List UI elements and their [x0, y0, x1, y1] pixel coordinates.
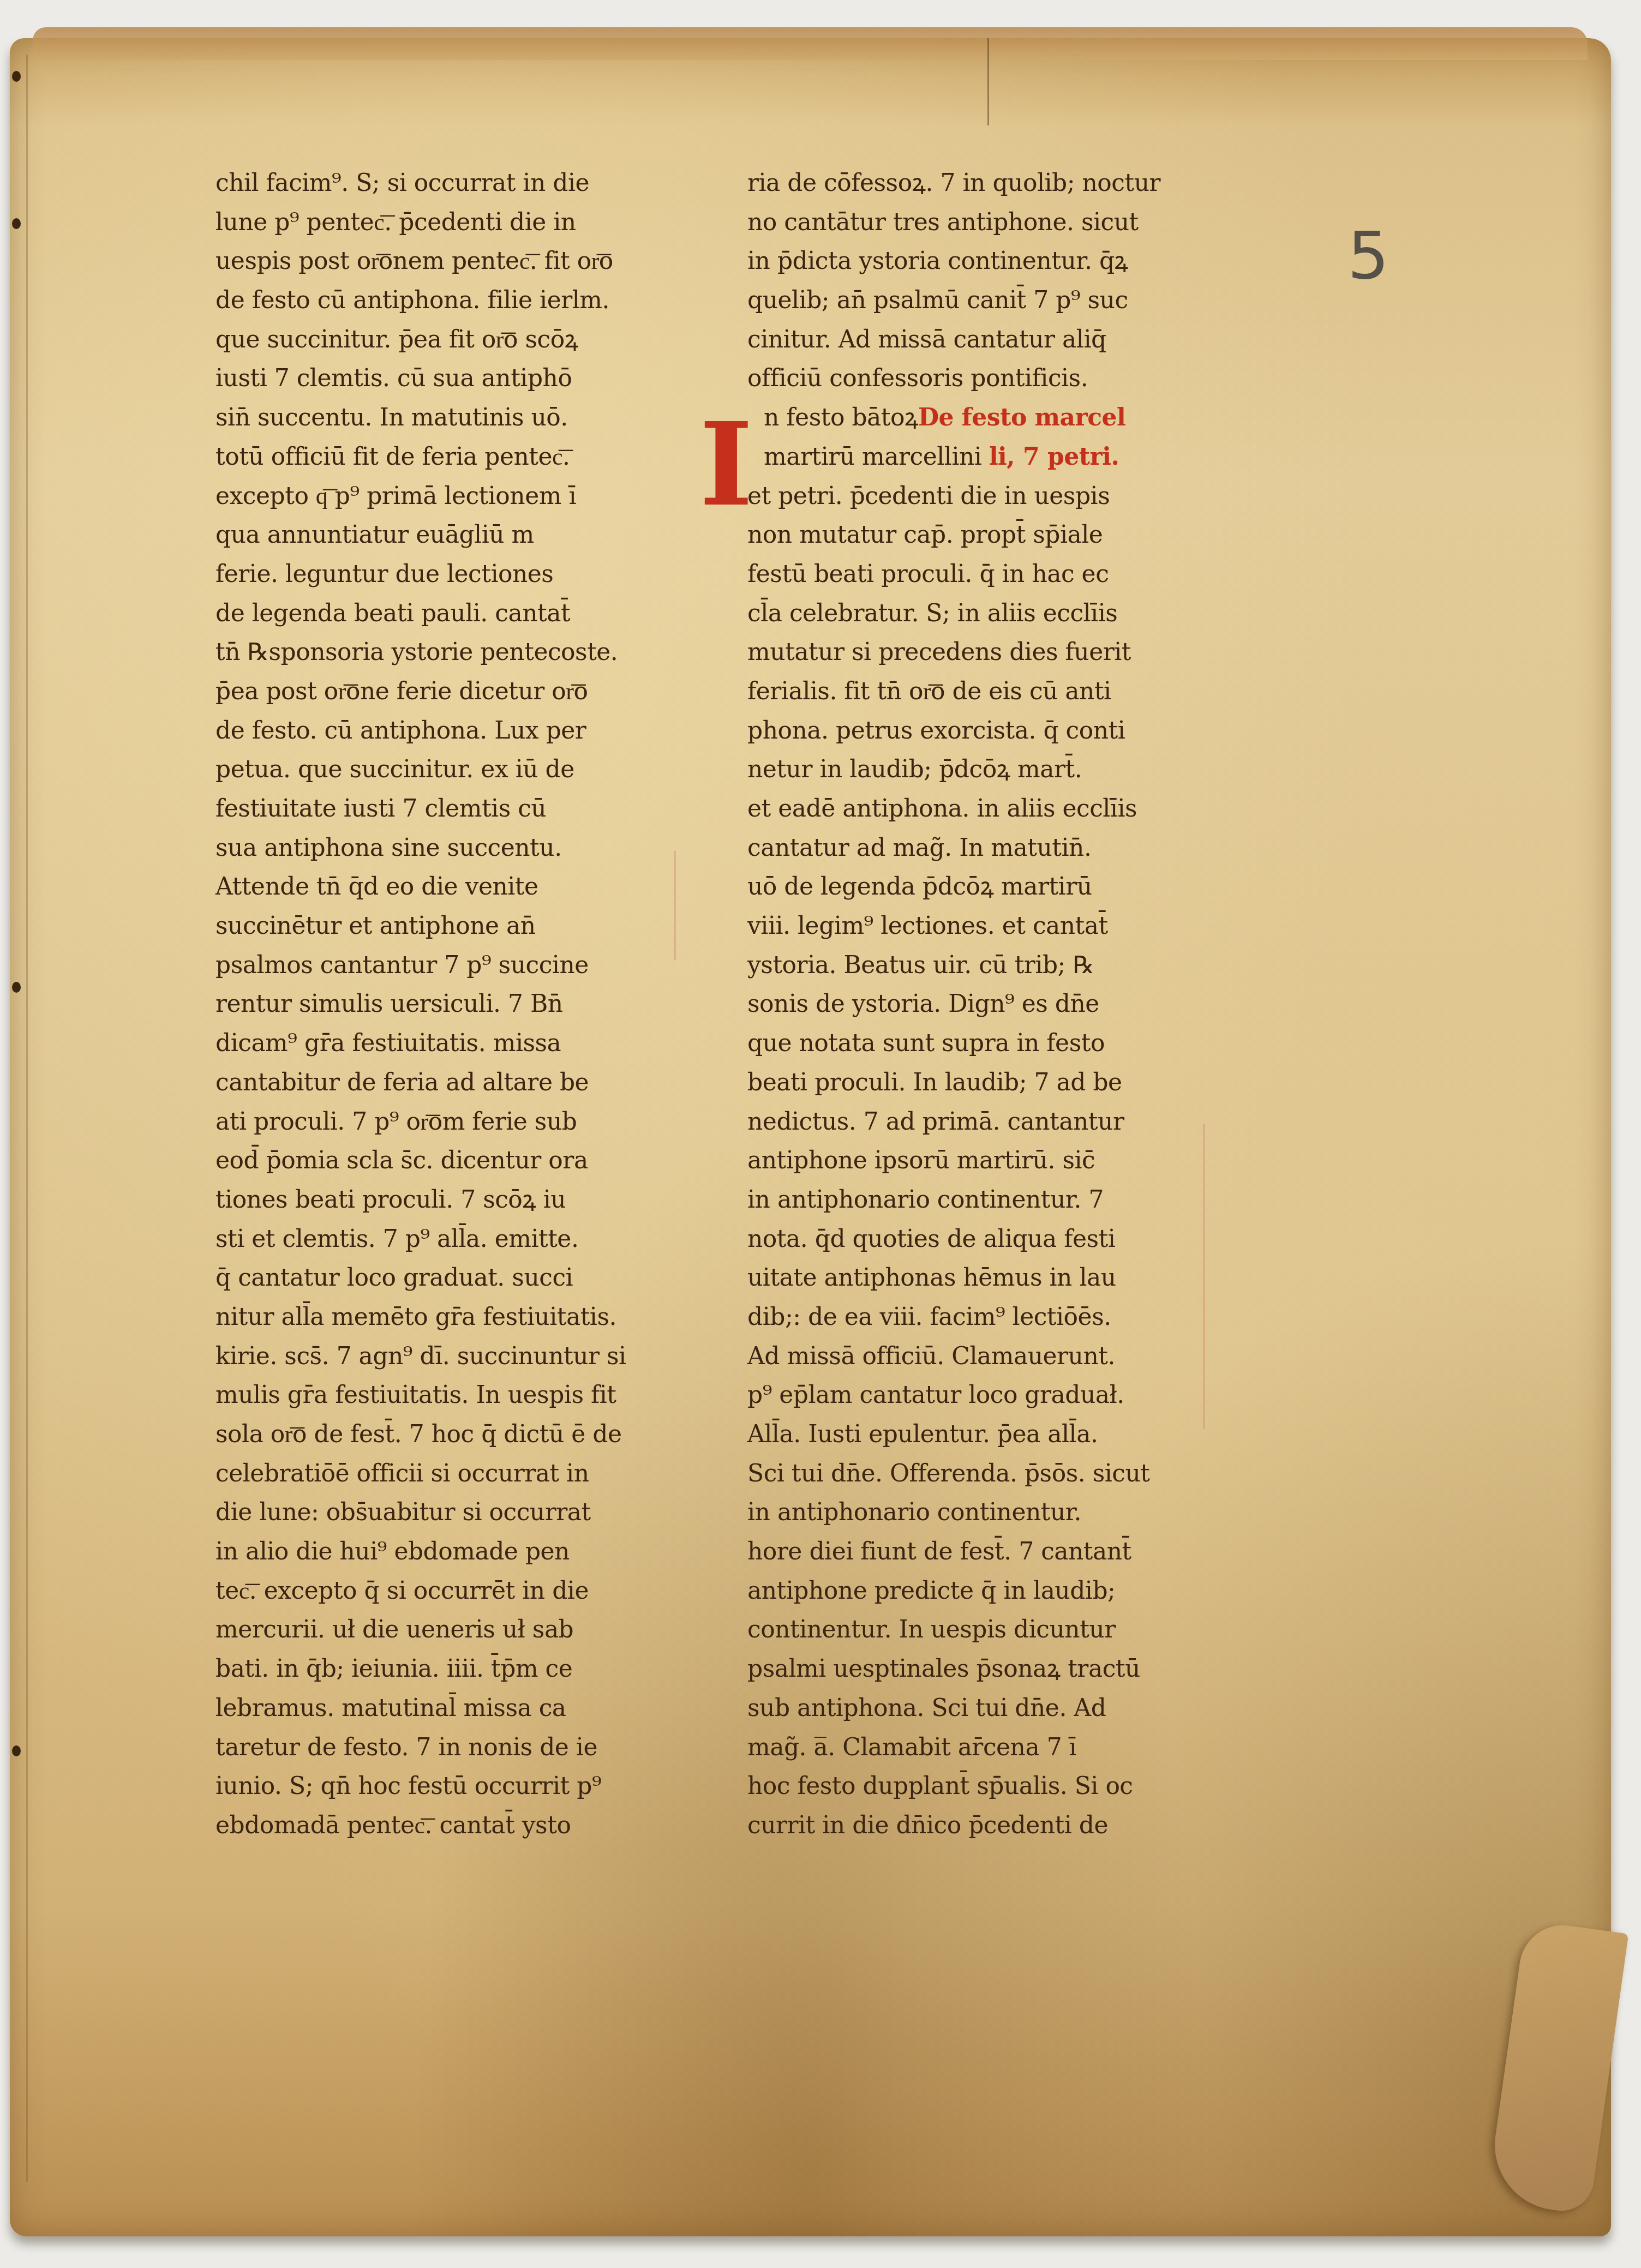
text-line: uitate antiphonas hēmus in lau [747, 1258, 1227, 1298]
text-line: bati. in q̄b; ieiunia. iiii. t̄p̄m ce [215, 1649, 696, 1689]
text-line: no cantātur tres antiphone. sicut [747, 203, 1227, 242]
text-line: Ad missā officiū. Clamauerunt. [747, 1337, 1227, 1376]
text-line: in alio die hui⁹ ebdomade pen [215, 1532, 696, 1571]
text-line: chil facim⁹. S; si occurrat in die [215, 164, 696, 203]
text-line: ati proculi. 7 p⁹ or͞om ferie sub [215, 1102, 696, 1142]
text-line: phona. petrus exorcista. q̄ conti [747, 711, 1227, 751]
text-line: cl̄a celebratur. S; in aliis ecclīis [747, 594, 1227, 633]
text-line: que succinitur. p̄ea fit or͞o scōꝝ [215, 320, 696, 359]
text-line: p̄ea post or͞one ferie dicetur or͞o [215, 672, 696, 711]
text-line: ria de cōfessoꝝ. 7 in quolib; noctur [747, 164, 1227, 203]
text-line: succinētur et antiphone an̄ [215, 907, 696, 946]
text-line: mulis gr̄a festiuitatis. In uespis fit [215, 1376, 696, 1415]
text-line: ystoria. Beatus uir. cū trib; ℞ [747, 946, 1227, 985]
vertical-crease [987, 38, 989, 125]
text-line: dib;: de ea viii. facim⁹ lectiōēs. [747, 1298, 1227, 1337]
rubric-heading: De festo marcel [918, 404, 1125, 431]
binding-hole [12, 1745, 21, 1756]
text-line: nedictus. 7 ad primā. cantantur [747, 1102, 1227, 1142]
text-line: sub antiphona. Sci tui dn̄e. Ad [747, 1689, 1227, 1728]
text-line: All̄a. Iusti epulentur. p̄ea all̄a. [747, 1415, 1227, 1454]
text-line: sola or͞o de fest̄. 7 hoc q̄ dictū ē de [215, 1415, 696, 1454]
text-line: sti et clemtis. 7 p⁹ all̄a. emitte. [215, 1220, 696, 1259]
rubric-line-2: martirū marcellini li, 7 petri. [747, 437, 1227, 477]
text-line: tiones beati proculi. 7 scōꝝ iu [215, 1180, 696, 1220]
text-line: mutatur si precedens dies fuerit [747, 633, 1227, 672]
text-line: lune p⁹ pentec͞. p̄cedenti die in [215, 203, 696, 242]
text-line: sonis de ystoria. Dign⁹ es dn̄e [747, 985, 1227, 1024]
text-line: n festo bātoꝝ [747, 404, 918, 431]
text-line: viii. legim⁹ lectiones. et cantat̄ [747, 907, 1227, 946]
text-line: de festo. cū antiphona. Lux per [215, 711, 696, 751]
text-line: nitur all̄a memēto gr̄a festiuitatis. [215, 1298, 696, 1337]
text-line: Attende tn̄ q̄d eo die venite [215, 867, 696, 907]
text-line: die lune: obs̄uabitur si occurrat [215, 1493, 696, 1532]
binding-hole [12, 218, 21, 229]
text-line: beati proculi. In laudib; 7 ad be [747, 1063, 1227, 1102]
text-line: iunio. S; qn̄ hoc festū occurrit p⁹ [215, 1767, 696, 1806]
text-line: que notata sunt supra in festo [747, 1024, 1227, 1063]
text-line: currit in die dn̄ico p̄cedenti de [747, 1806, 1227, 1845]
text-line: celebratiōē officii si occurrat in [215, 1454, 696, 1493]
text-line: iusti 7 clemtis. cū sua antiphō [215, 359, 696, 398]
text-line: q̄ cantatur loco graduat. succi [215, 1258, 696, 1298]
text-line: festū beati proculi. q̄ in hac ec [747, 555, 1227, 594]
binding-stitch-margin [4, 55, 28, 2182]
text-line: continentur. In uespis dicuntur [747, 1610, 1227, 1649]
text-line: hoc festo dupplant̄ sp̄ualis. Si oc [747, 1767, 1227, 1806]
text-line: uō de legenda p̄dcōꝝ martirū [747, 867, 1227, 907]
text-line: ferialis. fit tn̄ or͞o de eis cū anti [747, 672, 1227, 711]
text-line: eod̄ p̄omia scla s̄c. dicentur ora [215, 1141, 696, 1180]
text-line: mag̃. a̅. Clamabit ar̄cena 7 ī [747, 1728, 1227, 1767]
rubric-line-1: n festo bātoꝝDe festo marcel [747, 398, 1227, 437]
text-line: ebdomadā pentec͞. cantat̄ ysto [215, 1806, 696, 1845]
text-line: non mutatur cap̄. propt̄ sp̄iale [747, 515, 1227, 555]
text-line: psalmi uesptinales p̄sonaꝝ tractū [747, 1649, 1227, 1689]
text-line: ferie. leguntur due lectiones [215, 555, 696, 594]
leaf-top-edge [33, 27, 1588, 60]
text-line: dicam⁹ gr̄a festiuitatis. missa [215, 1024, 696, 1063]
text-line: officiū confessoris pontificis. [747, 359, 1227, 398]
text-line: cinitur. Ad missā cantatur aliq̄ [747, 320, 1227, 359]
decorated-initial: I [699, 410, 753, 519]
text-line: quelib; an̄ psalmū canit̄ 7 p⁹ suc [747, 281, 1227, 320]
text-line: psalmos cantantur 7 p⁹ succine [215, 946, 696, 985]
text-line: lebramus. matutinal̄ missa ca [215, 1689, 696, 1728]
text-line: tec͞. excepto q̄ si occurrēt in die [215, 1571, 696, 1611]
text-line: uespis post or͞onem pentec͞. fit or͞o [215, 242, 696, 281]
text-line: sua antiphona sine succentu. [215, 829, 696, 868]
text-line: mercurii. uł die ueneris uł sab [215, 1610, 696, 1649]
text-line: petua. que succinitur. ex iū de [215, 750, 696, 789]
text-line: in p̄dicta ystoria continentur. q̄ꝝ [747, 242, 1227, 281]
text-line: kirie. scs̄. 7 agn⁹ dī. succinuntur si [215, 1337, 696, 1376]
text-line: cantatur ad mag̃. In matutin̄. [747, 829, 1227, 868]
text-line: totū officiū fit de feria pentec͞. [215, 437, 696, 477]
text-line: Sci tui dn̄e. Offerenda. p̄sōs. sicut [747, 1454, 1227, 1493]
text-line: antiphone predicte q̄ in laudib; [747, 1571, 1227, 1611]
text-line: de festo cū antiphona. filie ierlm. [215, 281, 696, 320]
text-line: p⁹ ep̄lam cantatur loco graduał. [747, 1376, 1227, 1415]
folio-number: 5 [1347, 218, 1389, 294]
text-line: excepto q͞ p⁹ primā lectionem ī [215, 477, 696, 516]
text-line: tn̄ ℞sponsoria ystorie pentecoste. [215, 633, 696, 672]
right-text-column: ria de cōfessoꝝ. 7 in quolib; nocturno c… [747, 164, 1227, 1845]
text-line: qua annuntiatur euāgliū m [215, 515, 696, 555]
left-text-column: chil facim⁹. S; si occurrat in dielune p… [215, 164, 696, 1845]
text-line: in antiphonario continentur. [747, 1493, 1227, 1532]
text-line: rentur simulis uersiculi. 7 Bn̄ [215, 985, 696, 1024]
text-line: cantabitur de feria ad altare be [215, 1063, 696, 1102]
text-line: et eadē antiphona. in aliis ecclīis [747, 789, 1227, 829]
binding-hole [12, 71, 21, 82]
text-line: sin̄ succentu. In matutinis uō. [215, 398, 696, 437]
text-line: antiphone ipsorū martirū. sic̄ [747, 1141, 1227, 1180]
text-line: taretur de festo. 7 in nonis de ie [215, 1728, 696, 1767]
text-line: et petri. p̄cedenti die in uespis [747, 477, 1227, 516]
binding-hole [12, 982, 21, 993]
text-line: netur in laudib; p̄dcōꝝ mart̄. [747, 750, 1227, 789]
text-line: in antiphonario continentur. 7 [747, 1180, 1227, 1220]
text-line: nota. q̄d quoties de aliqua festi [747, 1220, 1227, 1259]
text-line: festiuitate iusti 7 clemtis cū [215, 789, 696, 829]
text-line: martirū marcellini [747, 443, 981, 471]
text-line: de legenda beati pauli. cantat̄ [215, 594, 696, 633]
rubric-heading: li, 7 petri. [989, 443, 1119, 471]
text-line: hore diei fiunt de fest̄. 7 cantant̄ [747, 1532, 1227, 1571]
